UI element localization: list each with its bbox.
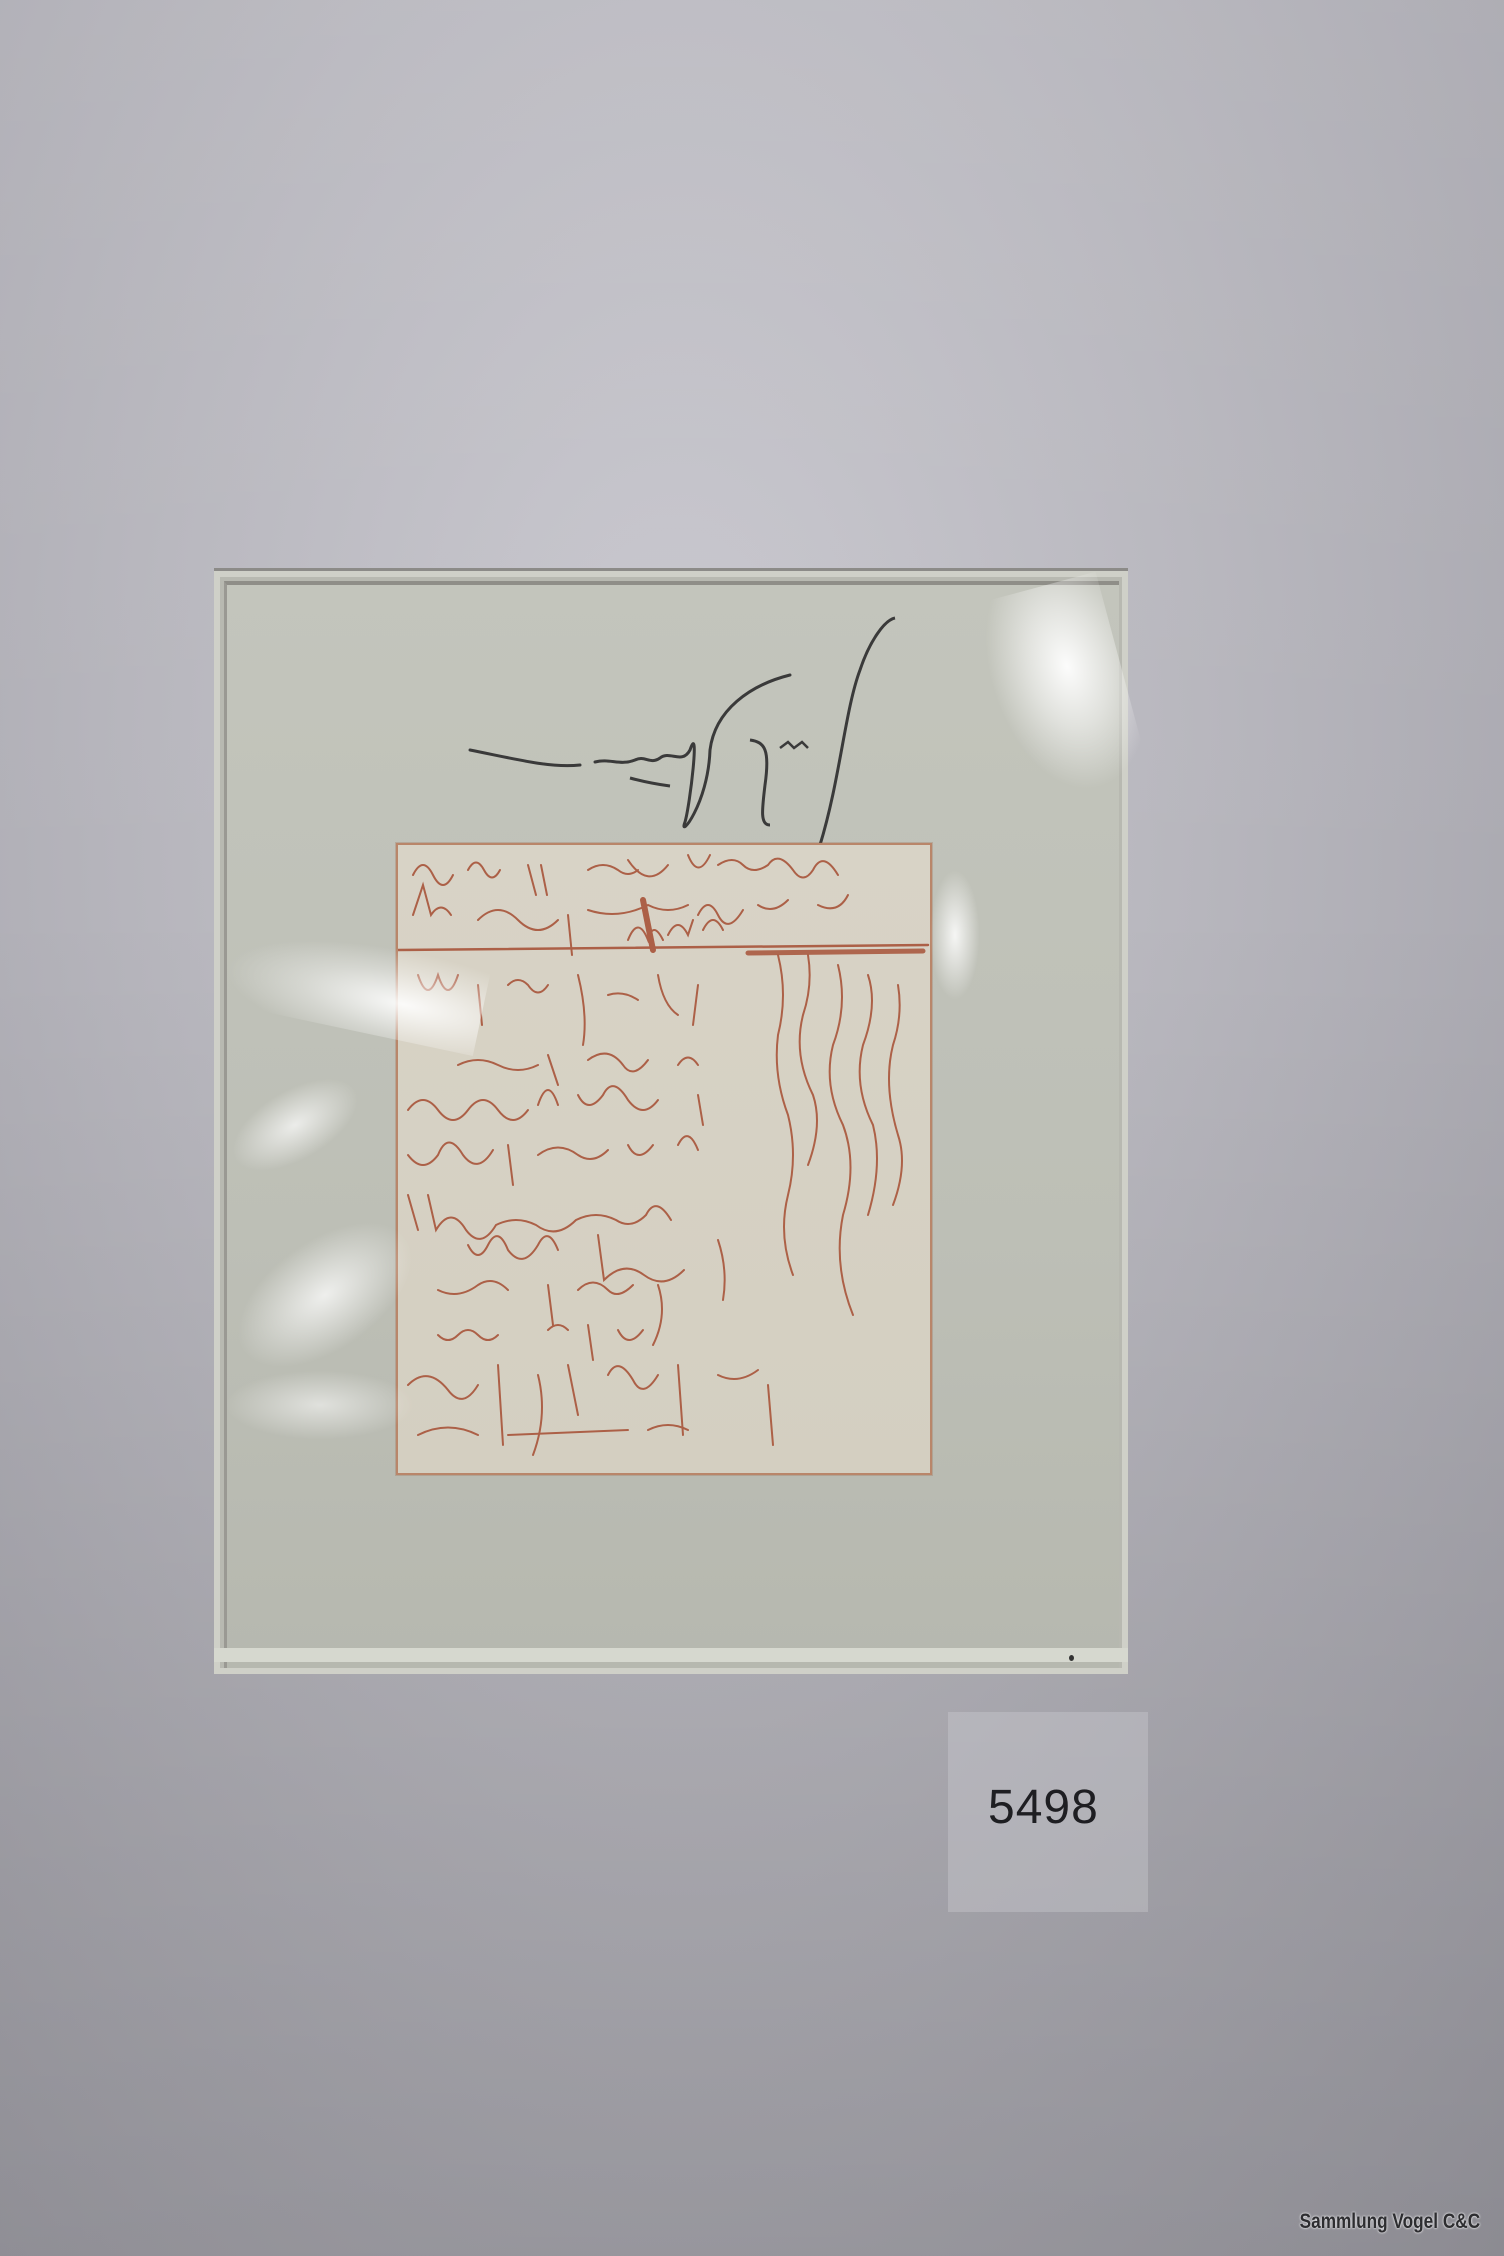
handwritten-etching xyxy=(396,843,932,1475)
mat-bevel xyxy=(214,1648,1128,1662)
inventory-number: 5498 xyxy=(988,1780,1099,1835)
etched-handwriting xyxy=(398,845,930,1473)
dust-speck xyxy=(1069,1655,1074,1661)
pencil-signature xyxy=(460,600,900,850)
watermark: Sammlung Vogel C&C xyxy=(1299,2210,1480,2234)
